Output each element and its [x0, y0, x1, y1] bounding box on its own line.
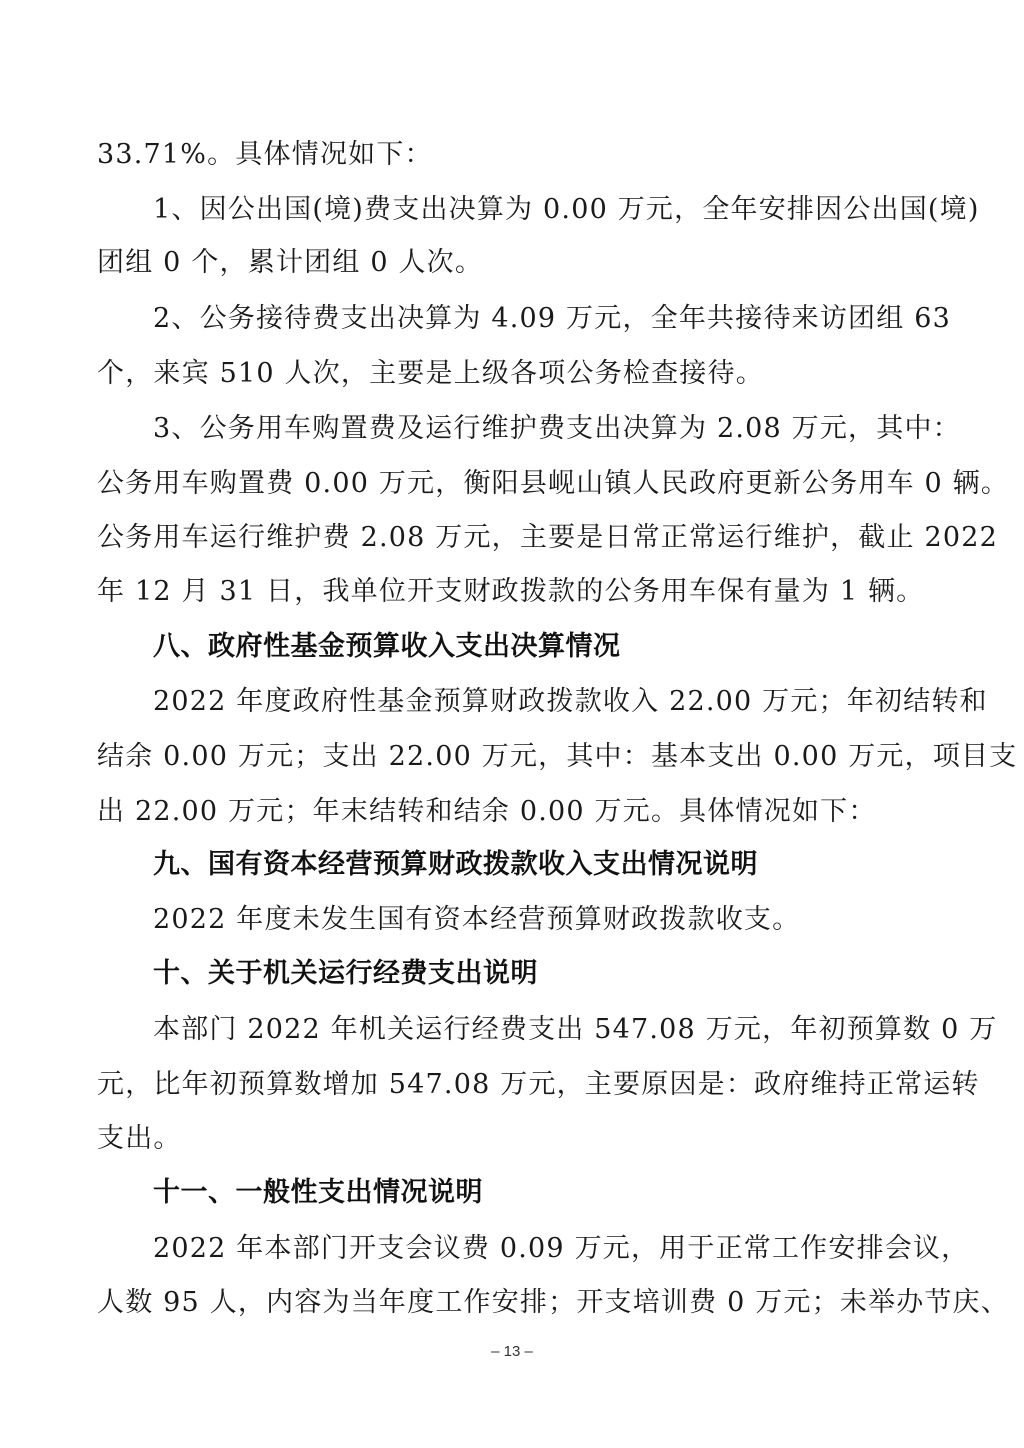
section-heading-11: 十一、一般性支出情况说明 — [153, 1176, 483, 1210]
body-line: 公务用车运行维护费 2.08 万元，主要是日常正常运行维护，截止 2022 — [97, 521, 927, 555]
body-line: 支出。 — [97, 1122, 182, 1156]
section-heading-8: 八、政府性基金预算收入支出决算情况 — [153, 630, 621, 664]
body-line: 公务用车购置费 0.00 万元，衡阳县岘山镇人民政府更新公务用车 0 辆。 — [97, 467, 927, 501]
body-line: 结余 0.00 万元；支出 22.00 万元，其中：基本支出 0.00 万元，项… — [97, 740, 927, 774]
page-number: – 13 – — [0, 1343, 1024, 1360]
paragraph-line: 1、因公出国(境)费支出决算为 0.00 万元，全年安排因公出国(境) — [153, 193, 927, 227]
section-heading-10: 十、关于机关运行经费支出说明 — [153, 957, 538, 991]
body-line: 人数 95 人，内容为当年度工作安排；开支培训费 0 万元；未举办节庆、 — [97, 1286, 927, 1320]
paragraph-line: 2、公务接待费支出决算为 4.09 万元，全年共接待来访团组 63 — [153, 302, 927, 336]
paragraph-line: 本部门 2022 年机关运行经费支出 547.08 万元，年初预算数 0 万 — [153, 1013, 927, 1047]
body-line: 个，来宾 510 人次，主要是上级各项公务检查接待。 — [97, 357, 764, 391]
paragraph-line: 3、公务用车购置费及运行维护费支出决算为 2.08 万元，其中： — [153, 412, 927, 446]
body-line: 33.71%。具体情况如下： — [97, 138, 433, 172]
body-line: 元，比年初预算数增加 547.08 万元，主要原因是：政府维持正常运转 — [97, 1068, 927, 1102]
body-line: 年 12 月 31 日，我单位开支财政拨款的公务用车保有量为 1 辆。 — [97, 575, 924, 609]
body-line: 出 22.00 万元；年末结转和结余 0.00 万元。具体情况如下： — [97, 795, 877, 829]
document-page: 33.71%。具体情况如下： 1、因公出国(境)费支出决算为 0.00 万元，全… — [0, 0, 1024, 1448]
paragraph-line: 2022 年度政府性基金预算财政拨款收入 22.00 万元；年初结转和 — [153, 685, 927, 719]
section-heading-9: 九、国有资本经营预算财政拨款收入支出情况说明 — [153, 848, 758, 882]
body-line: 团组 0 个，累计团组 0 人次。 — [97, 246, 483, 280]
paragraph-line: 2022 年度未发生国有资本经营预算财政拨款收支。 — [153, 903, 800, 937]
paragraph-line: 2022 年本部门开支会议费 0.09 万元，用于正常工作安排会议， — [153, 1232, 927, 1266]
